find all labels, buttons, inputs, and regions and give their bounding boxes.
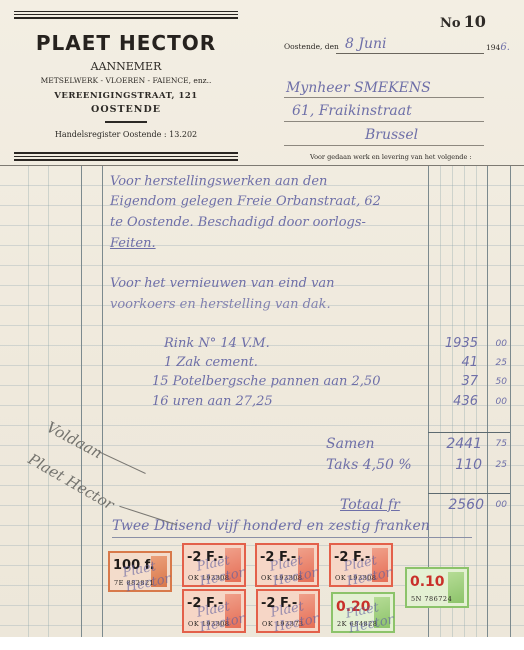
letterhead-top-rule bbox=[14, 11, 238, 21]
company-street: VEREENIGINGSTRAAT, 121 bbox=[14, 91, 238, 101]
invoice-paper: PLAET HECTOR AANNEMER METSELWERK - VLOER… bbox=[0, 0, 524, 637]
fiscal-stamp-2f: -2 F.- OK 193308 Plaet Hector bbox=[182, 543, 246, 587]
item-desc-3: 15 Potelbergsche pannen aan 2,50 bbox=[152, 374, 380, 389]
ledger-grid-line bbox=[48, 166, 49, 637]
total-label: Totaal fr bbox=[340, 497, 400, 513]
item-francs-1: 1935 bbox=[430, 336, 478, 351]
total-francs: 2560 bbox=[430, 497, 484, 513]
item-desc-2: 1 Zak cement. bbox=[164, 355, 258, 370]
recipient-name: Mynheer SMEKENS bbox=[286, 80, 431, 96]
letterhead-bottom-rule bbox=[14, 152, 238, 163]
letterhead-divider bbox=[105, 121, 147, 123]
description-line-1: Voor herstellingswerken aan den bbox=[110, 174, 327, 189]
date-label: Oostende, den bbox=[284, 42, 339, 51]
date-line bbox=[336, 53, 484, 54]
ledger-cents-line bbox=[487, 166, 488, 637]
description-line-4: Feiten. bbox=[110, 236, 156, 251]
item-francs-4: 436 bbox=[430, 394, 478, 409]
address-line-2 bbox=[284, 121, 484, 122]
company-city: OOSTENDE bbox=[14, 104, 238, 115]
fiscal-stamp-2f: -2 F.- OK 193308 Plaet Hector bbox=[255, 543, 319, 587]
trade-register: Handelsregister Oostende : 13.202 bbox=[14, 130, 238, 139]
item-desc-4: 16 uren aan 27,25 bbox=[152, 394, 273, 409]
fiscal-stamp-100f: 100 f. 7E 882821 Plaet Hector bbox=[108, 551, 172, 592]
invoice-number: No10 bbox=[440, 12, 486, 31]
company-profession: AANNEMER bbox=[14, 60, 238, 73]
ledger-margin-line bbox=[81, 166, 82, 637]
tax-francs: 110 bbox=[430, 457, 482, 473]
subtotal-label: Samen bbox=[326, 436, 375, 452]
date-handwritten: 8 Juni bbox=[345, 36, 386, 52]
year-printed: 194 bbox=[486, 43, 500, 52]
description-line-3: te Oostende. Beschadigd door oorlogs- bbox=[110, 215, 366, 230]
tax-label: Taks 4,50 % bbox=[326, 457, 412, 473]
address-line-3 bbox=[284, 145, 484, 146]
preamble: Voor gedaan werk en levering van het vol… bbox=[310, 153, 472, 161]
item-desc-1: Rink N° 14 V.M. bbox=[164, 336, 270, 351]
item-cents-3: 50 bbox=[489, 377, 507, 387]
ledger-grid-line bbox=[28, 166, 29, 637]
subtotal-rule bbox=[428, 432, 510, 433]
total-cents: 00 bbox=[489, 500, 507, 510]
company-trades: METSELWERK - VLOEREN - FAIENCE, enz.. bbox=[14, 76, 238, 85]
amount-in-words: Twee Duisend vijf honderd en zestig fran… bbox=[112, 518, 430, 534]
year: 1946. bbox=[486, 42, 510, 53]
fiscal-stamp-2f: -2 F.- OK 193308 Plaet Hector bbox=[182, 589, 246, 633]
invoice-number-label: No bbox=[440, 16, 461, 31]
tax-cents: 25 bbox=[489, 460, 507, 470]
total-rule bbox=[428, 493, 510, 494]
item-cents-2: 25 bbox=[489, 358, 507, 368]
recipient-street: 61, Fraikinstraat bbox=[292, 103, 412, 119]
invoice-number-value: 10 bbox=[464, 12, 486, 31]
item-francs-2: 41 bbox=[430, 355, 478, 370]
amount-in-words-underline bbox=[112, 537, 472, 538]
fiscal-stamp-2f: -2 F.- OK 193308 Plaet Hector bbox=[329, 543, 393, 587]
stamp-serial: 5N 786724 bbox=[411, 595, 452, 603]
year-handwritten: 6. bbox=[500, 42, 510, 53]
stamp-value: 0.10 bbox=[410, 574, 445, 590]
address-line-1 bbox=[284, 97, 484, 98]
ledger-right-line bbox=[510, 166, 511, 637]
recipient-city: Brussel bbox=[365, 127, 418, 143]
description-line-6: voorkoers en herstelling van dak. bbox=[110, 297, 331, 312]
item-francs-3: 37 bbox=[430, 374, 478, 389]
fiscal-stamp-2f: -2 F.- OK 193373 Plaet Hector bbox=[256, 589, 320, 633]
subtotal-francs: 2441 bbox=[430, 436, 482, 452]
description-line-5: Voor het vernieuwen van eind van bbox=[110, 276, 335, 291]
description-line-2: Eigendom gelegen Freie Orbanstraat, 62 bbox=[110, 194, 381, 209]
item-cents-1: 00 bbox=[489, 339, 507, 349]
fiscal-stamp-010: 0.10 5N 786724 bbox=[405, 567, 469, 608]
fiscal-stamp-020: 0.20 2K 684828 Plaet Hector bbox=[331, 592, 395, 633]
subtotal-cents: 75 bbox=[489, 439, 507, 449]
ledger-description-line bbox=[102, 166, 103, 637]
item-cents-4: 00 bbox=[489, 397, 507, 407]
company-name: PLAET HECTOR bbox=[14, 31, 238, 55]
